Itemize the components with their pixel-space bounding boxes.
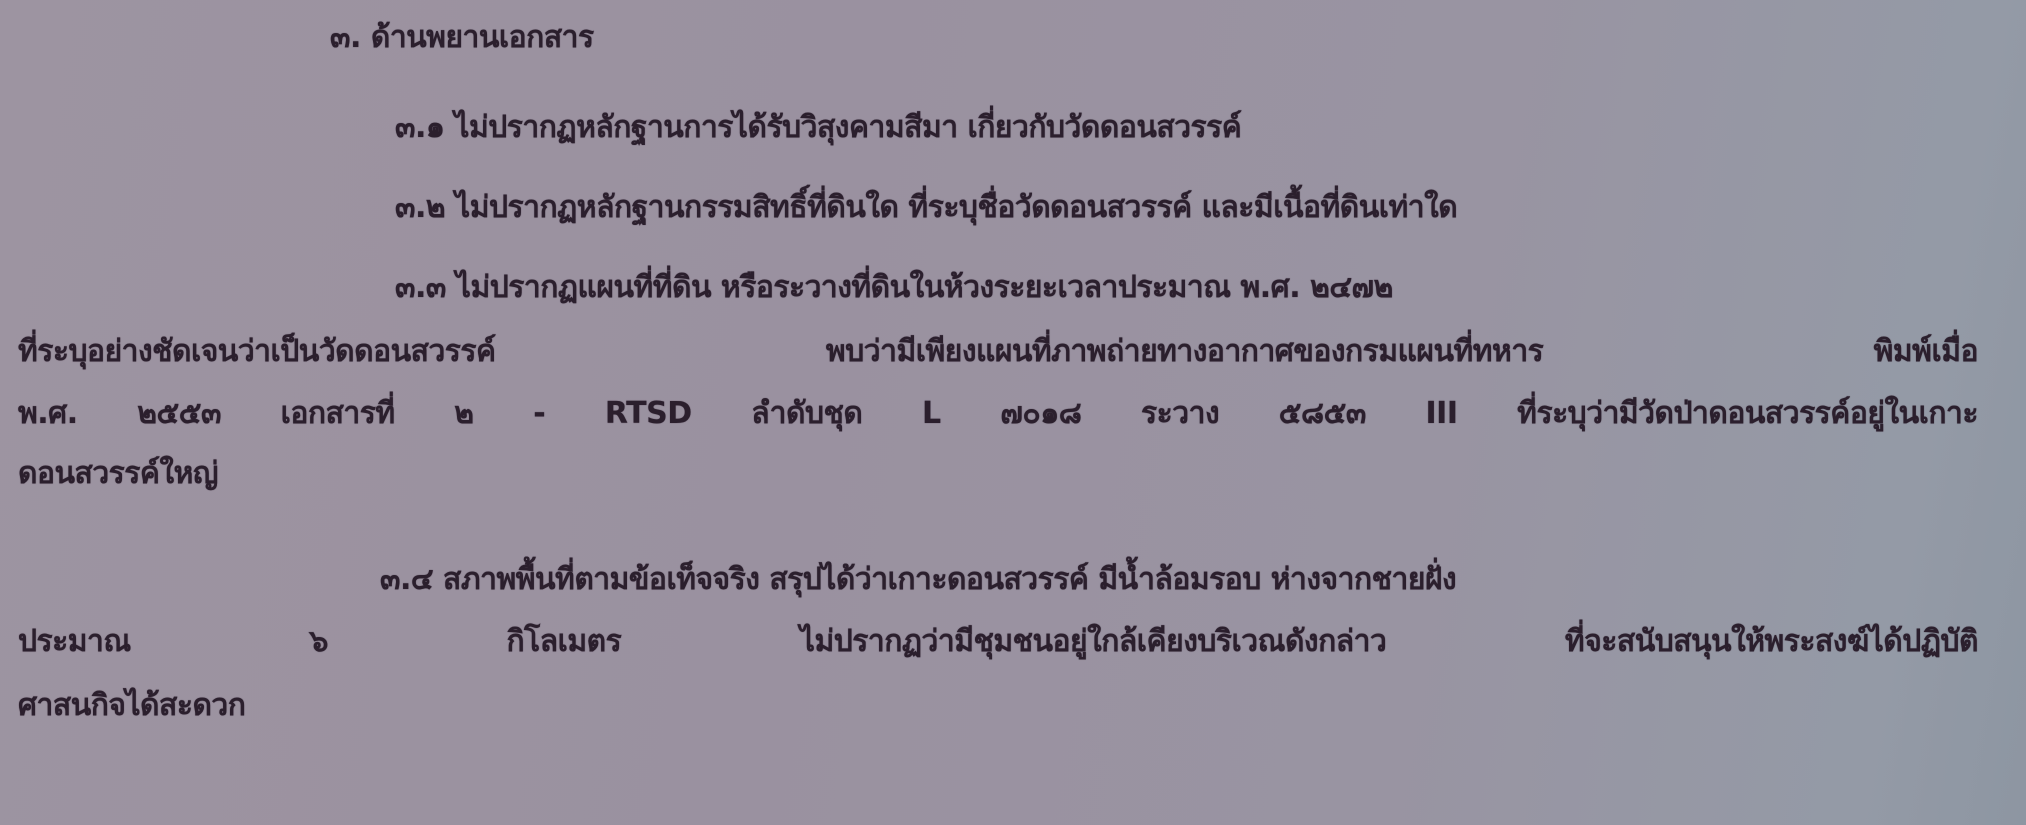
item-3-4-line-3: ศาสนกิจได้สะดวก — [18, 686, 245, 726]
item-3-3-line-4: ดอนสวรรค์ใหญ่ — [18, 454, 218, 494]
item-3-3-line-2: ที่ระบุอย่างชัดเจนว่าเป็นวัดดอนสวรรค์ พบ… — [18, 332, 1978, 372]
item-3-4-line-1: ๓.๔ สภาพพื้นที่ตามข้อเท็จจริง สรุปได้ว่า… — [380, 560, 1456, 600]
item-3-4-line-2: ประมาณ ๖ กิโลเมตร ไม่ปรากฏว่ามีชุมชนอยู่… — [18, 622, 1978, 662]
item-3-2-line-1: ๓.๒ ไม่ปรากฏหลักฐานกรรมสิทธิ์ที่ดินใด ที… — [395, 188, 1457, 228]
item-3-3-line-3: พ.ศ. ๒๕๕๓ เอกสารที่ ๒ - RTSD ลำดับชุด L … — [18, 394, 1978, 434]
section-heading: ๓. ด้านพยานเอกสาร — [330, 18, 594, 58]
item-3-1-line-1: ๓.๑ ไม่ปรากฏหลักฐานการได้รับวิสุงคามสีมา… — [395, 108, 1241, 148]
document-page: ๓. ด้านพยานเอกสาร ๓.๑ ไม่ปรากฏหลักฐานการ… — [0, 0, 2026, 825]
item-3-3-line-1: ๓.๓ ไม่ปรากฏแผนที่ที่ดิน หรือระวางที่ดิน… — [395, 268, 1393, 308]
